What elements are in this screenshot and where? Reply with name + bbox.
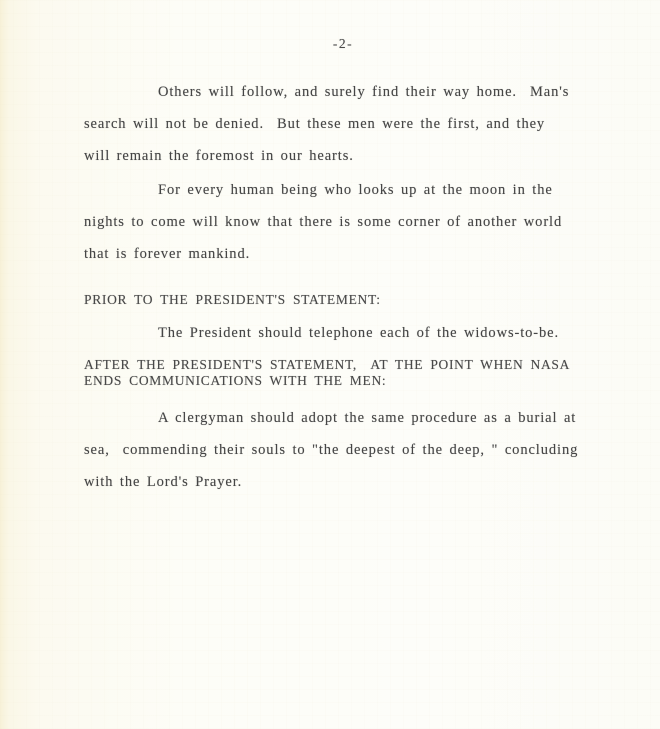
section-heading: PRIOR TO THE PRESIDENT'S STATEMENT: [84, 284, 602, 316]
paragraph: A clergyman should adopt the same proced… [84, 402, 602, 498]
scanned-page: -2- Others will follow, and surely find … [0, 0, 660, 729]
document-line: nights to come will know that there is s… [84, 206, 602, 238]
document-line: that is forever mankind. [84, 238, 602, 270]
section-heading: AFTER THE PRESIDENT'S STATEMENT, AT THE … [84, 357, 602, 389]
document-line: sea, commending their souls to "the deep… [84, 434, 602, 466]
page-content: -2- Others will follow, and surely find … [0, 28, 660, 498]
document-line: will remain the foremost in our hearts. [84, 140, 602, 172]
page-number: -2- [84, 28, 602, 60]
heading-line: AFTER THE PRESIDENT'S STATEMENT, AT THE … [84, 357, 602, 373]
document-line: search will not be denied. But these men… [84, 108, 602, 140]
heading-line: ENDS COMMUNICATIONS WITH THE MEN: [84, 373, 602, 389]
document-line: with the Lord's Prayer. [84, 466, 602, 498]
paragraph: Others will follow, and surely find thei… [84, 76, 602, 172]
document-line: Others will follow, and surely find thei… [84, 76, 602, 108]
paragraph: The President should telephone each of t… [84, 317, 602, 349]
heading-line: PRIOR TO THE PRESIDENT'S STATEMENT: [84, 284, 602, 316]
document-line: A clergyman should adopt the same proced… [84, 402, 602, 434]
document-line: For every human being who looks up at th… [84, 174, 602, 206]
paragraph: For every human being who looks up at th… [84, 174, 602, 270]
document-line: The President should telephone each of t… [84, 317, 602, 349]
